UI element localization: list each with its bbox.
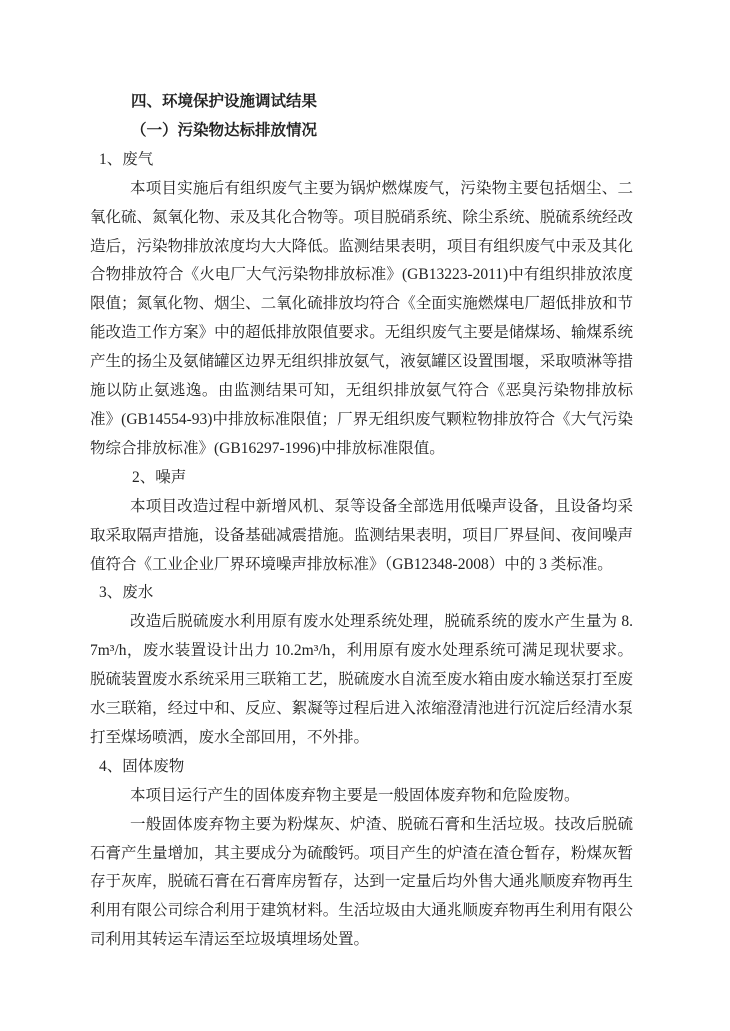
paragraph-noise: 本项目改造过程中新增风机、泵等设备全部选用低噪声设备，且设备均采取采取隔声措施，… xyxy=(90,493,633,580)
paragraph-waste-gas: 本项目实施后有组织废气主要为锅炉燃煤废气，污染物主要包括烟尘、二氧化硫、氮氧化物… xyxy=(90,175,633,464)
section-title-waste-water: 3、废水 xyxy=(90,579,633,608)
paragraph-solid-waste-intro: 本项目运行产生的固体废弃物主要是一般固体废弃物和危险废物。 xyxy=(90,782,633,811)
section-title-noise: 2、噪声 xyxy=(90,464,633,493)
document-subheading: （一）污染物达标排放情况 xyxy=(90,117,633,146)
document-page: 四、环境保护设施调试结果 （一）污染物达标排放情况 1、废气 本项目实施后有组织… xyxy=(0,0,730,1031)
paragraph-solid-waste-detail: 一般固体废弃物主要为粉煤灰、炉渣、脱硫石膏和生活垃圾。技改后脱硫石膏产生量增加，… xyxy=(90,811,633,956)
section-title-waste-gas: 1、废气 xyxy=(90,146,633,175)
section-title-solid-waste: 4、固体废物 xyxy=(90,753,633,782)
document-heading: 四、环境保护设施调试结果 xyxy=(90,88,633,117)
paragraph-waste-water: 改造后脱硫废水利用原有废水处理系统处理，脱硫系统的废水产生量为 8.7m³/h，… xyxy=(90,608,633,753)
